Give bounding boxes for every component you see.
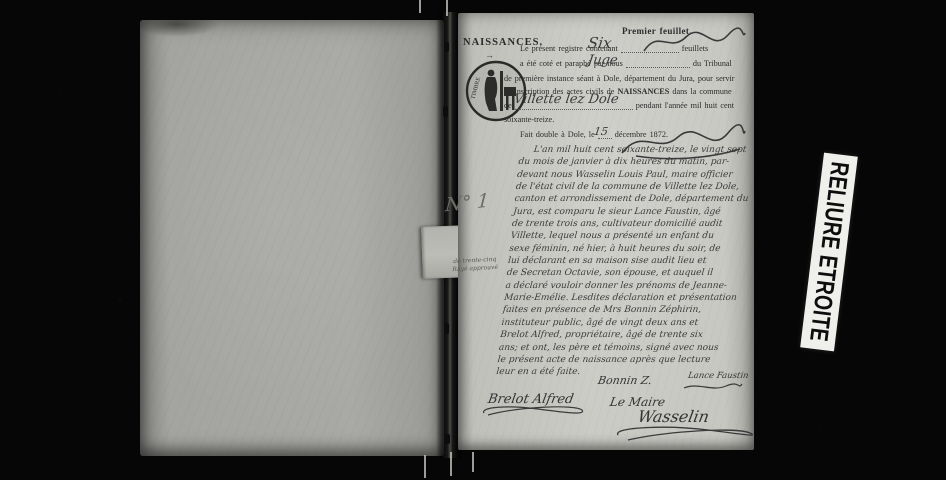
act-line: a déclaré vouloir donner les prénoms de … bbox=[505, 280, 750, 292]
handwritten-authority: Juge bbox=[587, 53, 619, 68]
binding-stitch bbox=[444, 323, 449, 334]
preamble-text: dans la commune bbox=[672, 87, 731, 96]
act-line: devant nous Wasselin Louis Paul, maire o… bbox=[516, 169, 761, 181]
binding-thread bbox=[450, 452, 452, 476]
act-line: Marie-Emélie. Lesdites déclaration et pr… bbox=[503, 292, 748, 304]
judge-paraph-signature bbox=[640, 27, 748, 57]
closing-text: Fait double à Dole, le bbox=[520, 130, 595, 139]
preamble-line-6: soixante-treize. bbox=[504, 115, 554, 124]
preamble-text: pendant l'année mil huit cent bbox=[636, 101, 734, 110]
act-line: de Secretan Octavie, son épouse, et auqu… bbox=[506, 267, 751, 279]
reliure-etroite-label: RELIURE ETROITE bbox=[800, 153, 858, 352]
act-line: Jura, est comparu le sieur Lance Faustin… bbox=[513, 206, 758, 218]
fill-in-blank bbox=[626, 59, 690, 68]
microfilm-scan: Premier feuillet. NAISSANCES. → TIMBRE L… bbox=[0, 0, 946, 480]
birth-act-text: L'an mil huit cent soixante-treize, le v… bbox=[496, 144, 765, 379]
handwritten-commune: Villette lez Dole bbox=[513, 92, 620, 107]
handwritten-folio-count: Six bbox=[587, 34, 613, 52]
preamble-line-3: de première instance séant à Dole, dépar… bbox=[504, 74, 735, 83]
binding-thread bbox=[472, 452, 474, 472]
handwritten-day: 15 bbox=[593, 125, 609, 138]
binding-thread bbox=[419, 0, 421, 13]
witness1-signature: Bonnin Z. bbox=[597, 374, 653, 387]
father-signature: Lance Faustin bbox=[687, 371, 749, 381]
preamble-text: de bbox=[504, 101, 512, 110]
act-line: Brelot Alfred, propriétaire, âgé de tren… bbox=[500, 329, 745, 341]
left-blank-page bbox=[140, 20, 444, 456]
witness2-signature-flourish bbox=[478, 405, 590, 419]
act-line: du mois de janvier à dix heures du matin… bbox=[518, 156, 763, 168]
preamble-text: du Tribunal bbox=[693, 59, 732, 68]
preamble-bold-word: NAISSANCES bbox=[617, 87, 669, 96]
act-line: L'an mil huit cent soixante-treize, le v… bbox=[519, 144, 764, 156]
mayor-signature-flourish bbox=[608, 425, 760, 443]
act-line: Villette, lequel nous a présenté un enfa… bbox=[510, 230, 755, 242]
act-line: ans; et ont, les père et témoins, signé … bbox=[498, 342, 743, 354]
act-line: instituteur public, âgé de vingt deux an… bbox=[501, 317, 746, 329]
register-page: Premier feuillet. NAISSANCES. → TIMBRE L… bbox=[458, 13, 754, 450]
act-line: lui déclarant en sa maison sise audit li… bbox=[507, 255, 752, 267]
label-text: RELIURE ETROITE bbox=[803, 160, 855, 343]
margin-note-paraph bbox=[436, 288, 496, 310]
act-line: canton et arrondissement de Dole, départ… bbox=[514, 193, 759, 205]
binding-thread bbox=[424, 455, 426, 478]
preamble-line-2: a été coté et paraphé par nousdu Tribuna… bbox=[520, 59, 732, 68]
mayor-signature: Wasselin bbox=[636, 407, 710, 426]
act-line: faites en présence de Mrs Bonnin Zéphiri… bbox=[502, 304, 747, 316]
act-line: le présent acte de naissance après que l… bbox=[497, 354, 742, 366]
act-line: de l'état civil de la commune de Villett… bbox=[515, 181, 760, 193]
binding-stitch bbox=[445, 434, 450, 444]
act-line: sexe féminin, né hier, à huit heures du … bbox=[509, 243, 754, 255]
father-signature-flourish bbox=[682, 382, 744, 392]
binding-thread bbox=[446, 0, 448, 16]
act-line: de trente trois ans, cultivateur domicil… bbox=[511, 218, 756, 230]
binding-stitch bbox=[444, 42, 449, 52]
binding-stitch bbox=[443, 106, 448, 117]
